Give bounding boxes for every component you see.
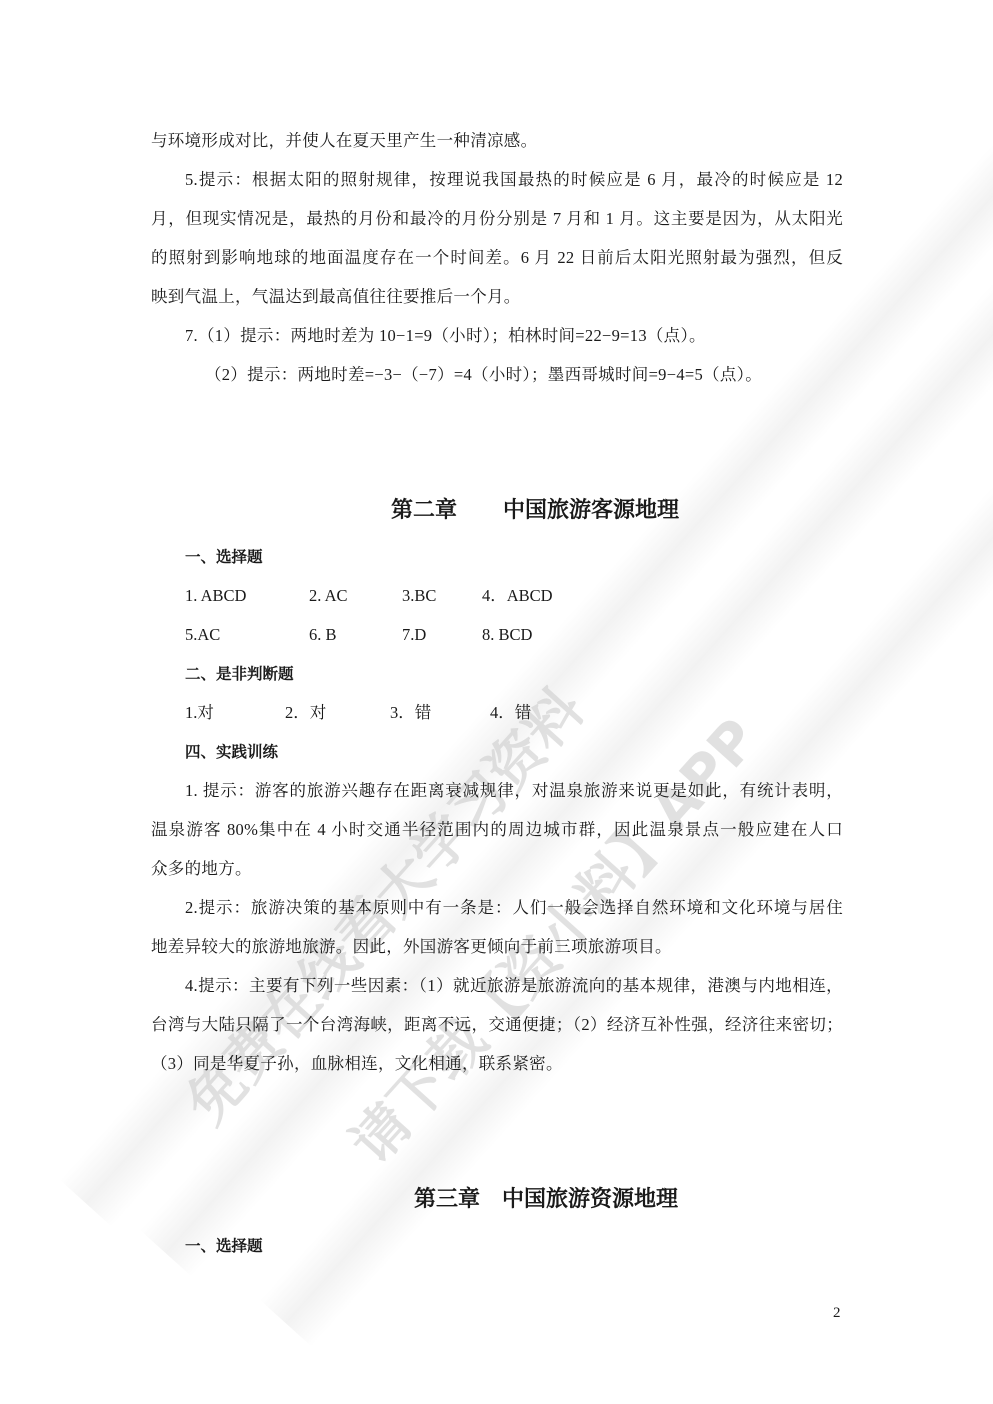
- paragraph-line: 1. 提示：游客的旅游兴趣存在距离衰减规律，对温泉旅游来说更是如此，有统计表明，: [185, 781, 843, 801]
- paragraph-line: 5.提示：根据太阳的照射规律，按理说我国最热的时候应是 6 月，最冷的时候应是 …: [185, 170, 843, 190]
- paragraph-line: 映到气温上，气温达到最高值往往要推后一个月。: [151, 287, 843, 307]
- chapter-2-title: 第二章中国旅游客源地理: [391, 498, 679, 524]
- choice-answer: 6. B: [309, 625, 337, 645]
- paragraph-line: 的照射到影响地球的地面温度存在一个时间差。6 月 22 日前后太阳光照射最为强烈…: [151, 248, 843, 268]
- section-heading-choice: 一、选择题: [185, 547, 263, 567]
- choice-answer: 4．ABCD: [482, 586, 553, 606]
- paragraph-line: 2.提示：旅游决策的基本原则中有一条是：人们一般会选择自然环境和文化环境与居住: [185, 898, 843, 918]
- paragraph-line: 月，但现实情况是，最热的月份和最冷的月份分别是 7 月和 1 月。这主要是因为，…: [151, 209, 843, 229]
- paragraph-line: 7.（1）提示：两地时差为 10−1=9（小时）；柏林时间=22−9=13（点）…: [185, 326, 706, 346]
- paragraph-line: 4.提示：主要有下列一些因素：（1）就近旅游是旅游流向的基本规律，港澳与内地相连…: [185, 976, 843, 996]
- paragraph-line: 众多的地方。: [151, 859, 843, 879]
- choice-answer: 1. ABCD: [185, 586, 246, 606]
- true-false-answer: 1.对: [185, 703, 214, 723]
- choice-answer: 3.BC: [402, 586, 436, 606]
- section-heading-choice: 一、选择题: [185, 1236, 263, 1256]
- choice-answer: 7.D: [402, 625, 426, 645]
- watermark-band: [260, 260, 993, 1347]
- document-page: 免费在线看大学习资料 请下载【资小料】APP 与环境形成对比，并使人在夏天里产生…: [0, 0, 993, 1404]
- paragraph-line: 地差异较大的旅游地旅游。因此，外国游客更倾向于前三项旅游项目。: [151, 937, 843, 957]
- choice-answer: 2. AC: [309, 586, 348, 606]
- choice-answer: 5.AC: [185, 625, 220, 645]
- page-number: 2: [833, 1304, 841, 1322]
- watermark-band: [140, 190, 993, 1277]
- chapter-name: 中国旅游客源地理: [503, 498, 679, 523]
- chapter-label: 第二章: [391, 498, 457, 523]
- true-false-answer: 4．错: [490, 703, 531, 723]
- section-heading-true-false: 二、是非判断题: [185, 664, 294, 684]
- paragraph-line: （3）同是华夏子孙，血脉相连，文化相通，联系紧密。: [151, 1054, 563, 1074]
- chapter-3-title: 第三章中国旅游资源地理: [414, 1187, 678, 1213]
- paragraph-line: 温泉游客 80%集中在 4 小时交通半径范围内的周边城市群，因此温泉景点一般应建…: [151, 820, 843, 840]
- paragraph-line: 与环境形成对比，并使人在夏天里产生一种清凉感。: [151, 131, 843, 151]
- true-false-answer: 2．对: [285, 703, 326, 723]
- chapter-label: 第三章: [414, 1187, 480, 1212]
- choice-answer: 8. BCD: [482, 625, 532, 645]
- paragraph-line: （2）提示：两地时差=−3−（−7）=4（小时）；墨西哥城时间=9−4=5（点）…: [205, 365, 762, 385]
- true-false-answer: 3．错: [390, 703, 431, 723]
- paragraph-line: 台湾与大陆只隔了一个台湾海峡，距离不远，交通便捷；（2）经济互补性强，经济往来密…: [151, 1015, 843, 1035]
- section-heading-practice: 四、实践训练: [185, 742, 278, 762]
- chapter-name: 中国旅游资源地理: [502, 1187, 678, 1212]
